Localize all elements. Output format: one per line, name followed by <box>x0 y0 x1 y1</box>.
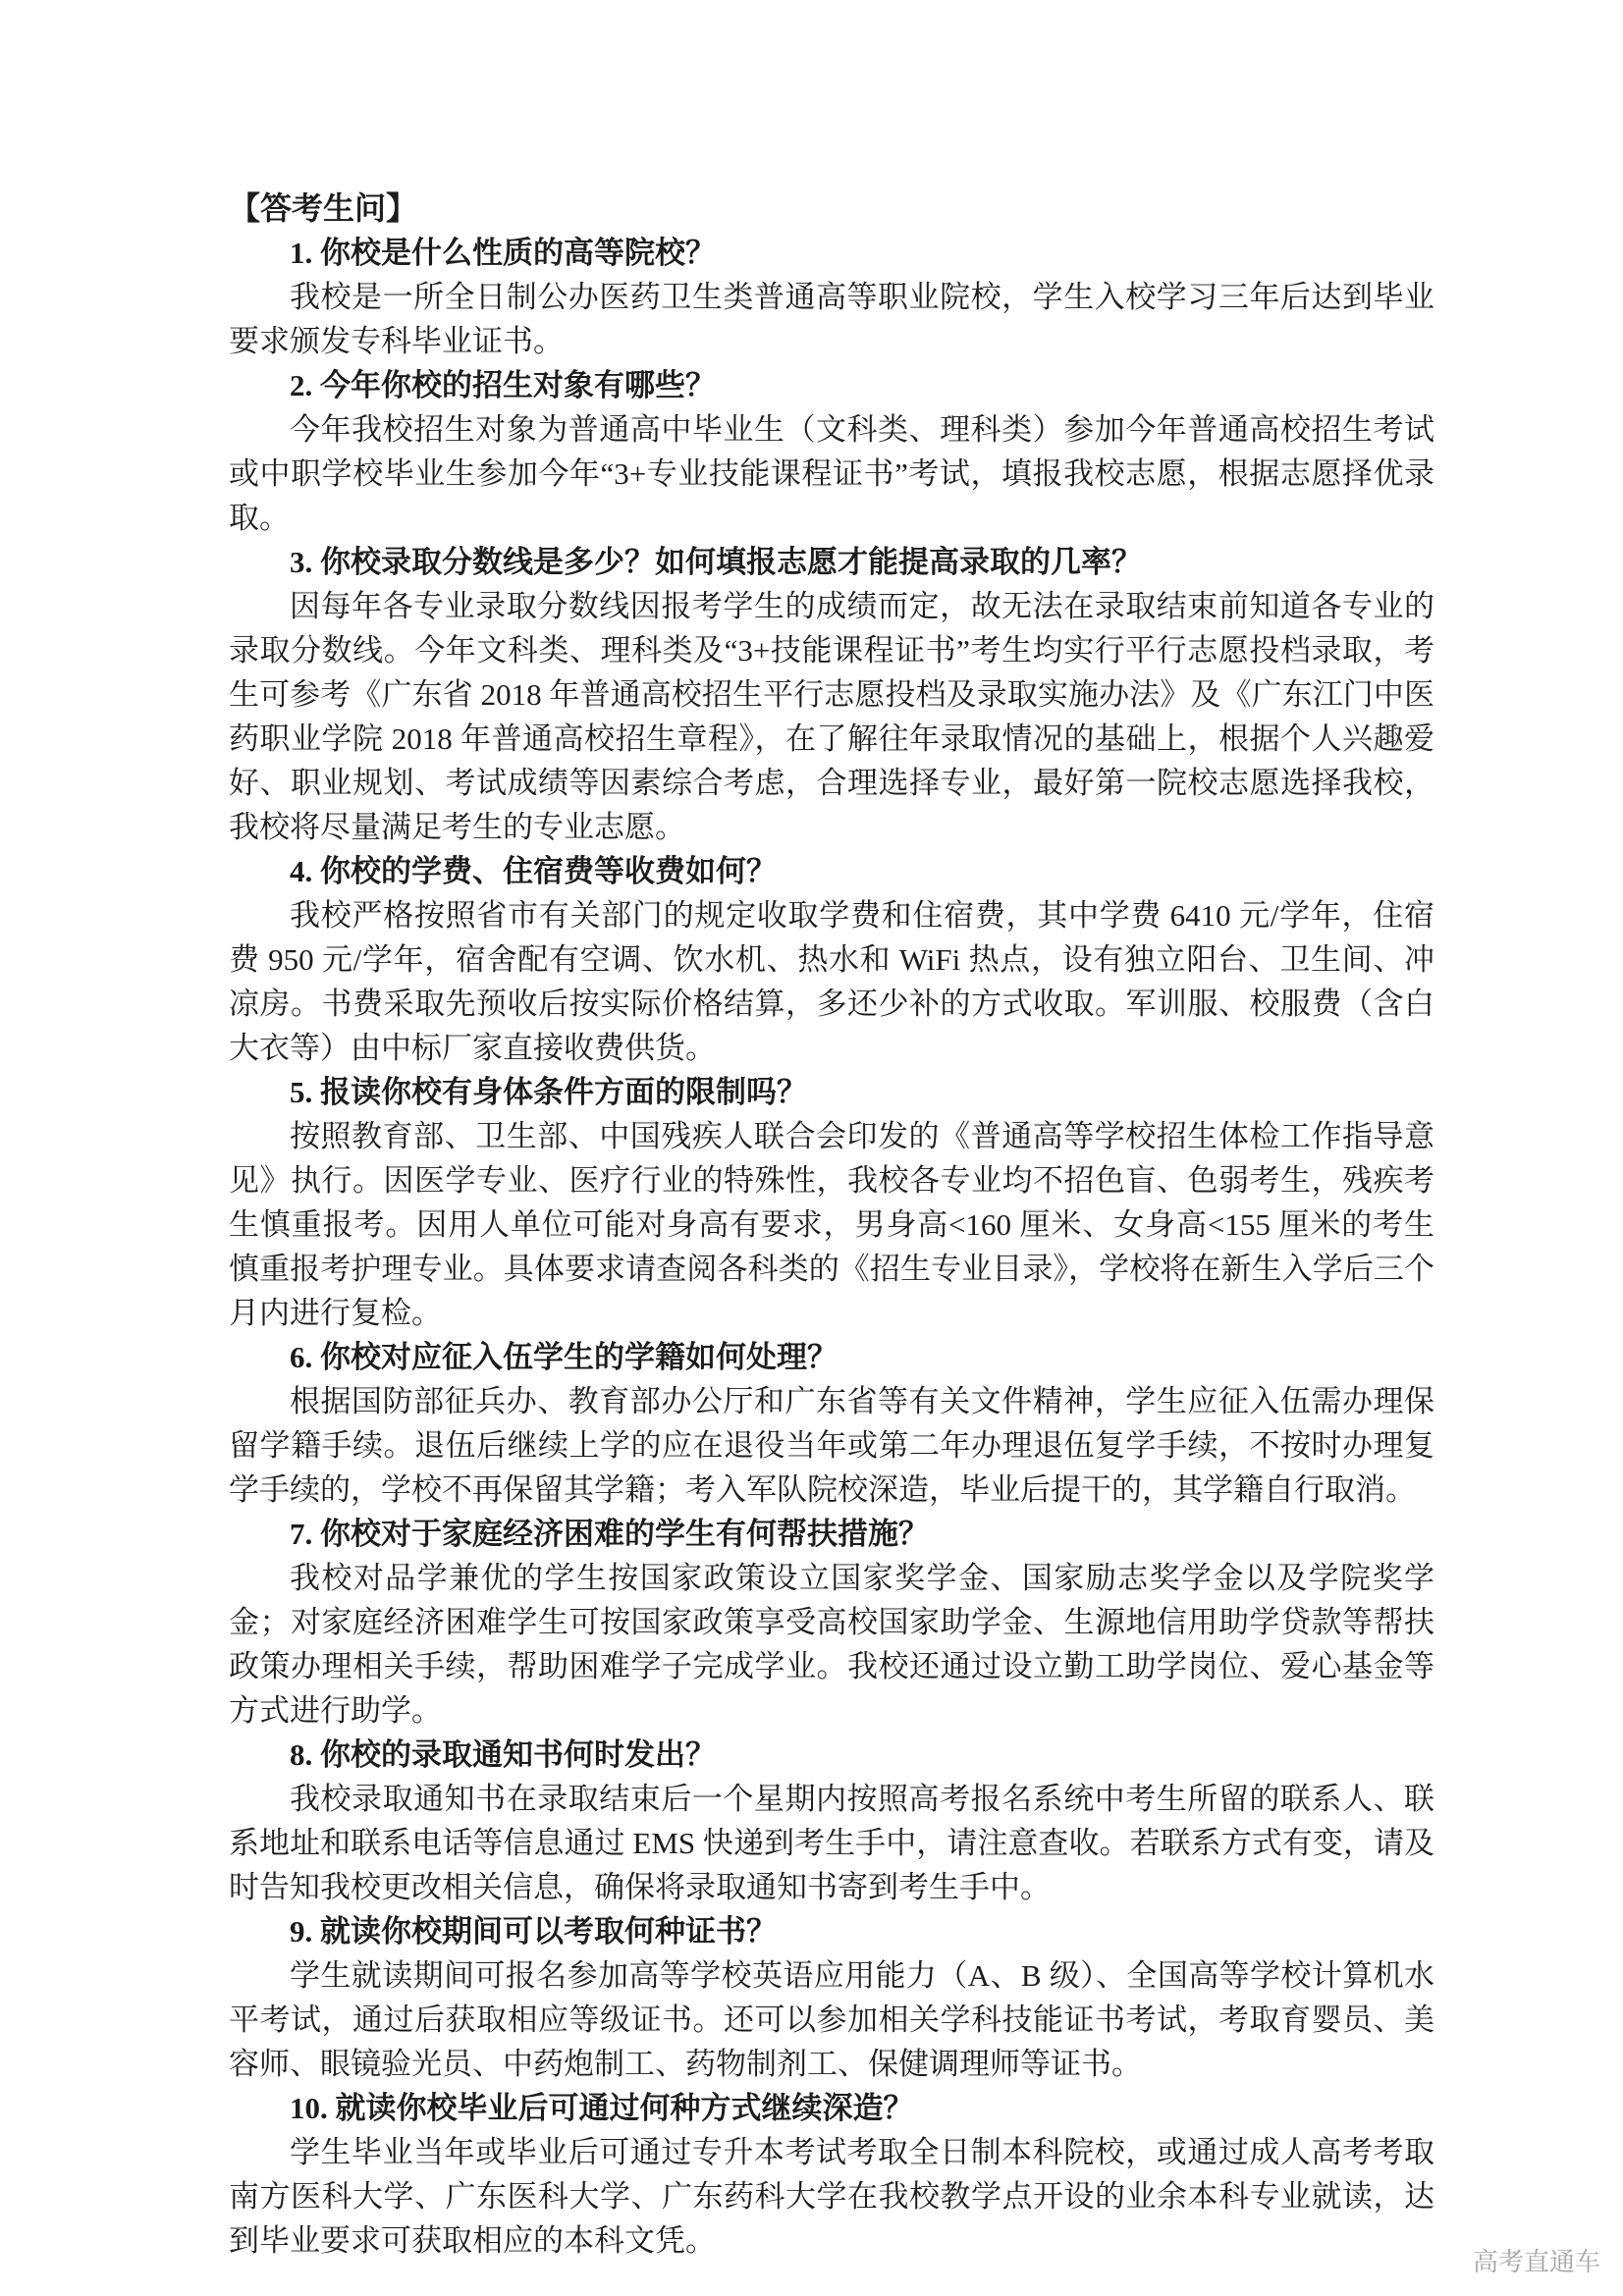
question-text: 3. 你校录取分数线是多少？如何填报志愿才能提高录取的几率？ <box>229 540 1434 584</box>
answer-text: 我校录取通知书在录取结束后一个星期内按照高考报名系统中考生所留的联系人、联系地址… <box>229 1777 1434 1909</box>
question-text: 9. 就读你校期间可以考取何种证书？ <box>229 1909 1434 1953</box>
answer-text: 今年我校招生对象为普通高中毕业生（文科类、理科类）参加今年普通高校招生考试或中职… <box>229 407 1434 540</box>
answer-text: 因每年各专业录取分数线因报考学生的成绩而定，故无法在录取结束前知道各专业的录取分… <box>229 584 1434 849</box>
question-text: 10. 就读你校毕业后可通过何种方式继续深造？ <box>229 2086 1434 2130</box>
answer-text: 我校严格按照省市有关部门的规定收取学费和住宿费，其中学费 6410 元/学年，住… <box>229 893 1434 1070</box>
question-text: 2. 今年你校的招生对象有哪些？ <box>229 363 1434 407</box>
qa-item-6: 6. 你校对应征入伍学生的学籍如何处理？ 根据国防部征兵办、教育部办公厅和广东省… <box>229 1335 1434 1512</box>
document-page: { "title": "【答考生问】", "qa": [ { "question… <box>0 0 1623 2296</box>
page-title: 【答考生问】 <box>229 187 1434 231</box>
qa-item-4: 4. 你校的学费、住宿费等收费如何？ 我校严格按照省市有关部门的规定收取学费和住… <box>229 849 1434 1070</box>
question-text: 5. 报读你校有身体条件方面的限制吗？ <box>229 1070 1434 1114</box>
answer-text: 学生毕业当年或毕业后可通过专升本考试考取全日制本科院校，或通过成人高考考取南方医… <box>229 2130 1434 2263</box>
faq-document: 【答考生问】 1. 你校是什么性质的高等院校？ 我校是一所全日制公办医药卫生类普… <box>229 187 1434 2263</box>
qa-item-8: 8. 你校的录取通知书何时发出？ 我校录取通知书在录取结束后一个星期内按照高考报… <box>229 1733 1434 1909</box>
question-text: 8. 你校的录取通知书何时发出？ <box>229 1733 1434 1777</box>
qa-item-5: 5. 报读你校有身体条件方面的限制吗？ 按照教育部、卫生部、中国残疾人联合会印发… <box>229 1070 1434 1335</box>
qa-item-3: 3. 你校录取分数线是多少？如何填报志愿才能提高录取的几率？ 因每年各专业录取分… <box>229 540 1434 849</box>
qa-item-1: 1. 你校是什么性质的高等院校？ 我校是一所全日制公办医药卫生类普通高等职业院校… <box>229 231 1434 363</box>
answer-text: 我校对品学兼优的学生按国家政策设立国家奖学金、国家励志奖学金以及学院奖学金；对家… <box>229 1556 1434 1733</box>
watermark-text: 高考直通车 <box>1473 2249 1600 2274</box>
qa-item-9: 9. 就读你校期间可以考取何种证书？ 学生就读期间可报名参加高等学校英语应用能力… <box>229 1909 1434 2086</box>
answer-text: 学生就读期间可报名参加高等学校英语应用能力（A、B 级）、全国高等学校计算机水平… <box>229 1953 1434 2086</box>
qa-item-10: 10. 就读你校毕业后可通过何种方式继续深造？ 学生毕业当年或毕业后可通过专升本… <box>229 2086 1434 2263</box>
question-text: 1. 你校是什么性质的高等院校？ <box>229 231 1434 275</box>
question-text: 4. 你校的学费、住宿费等收费如何？ <box>229 849 1434 893</box>
question-text: 6. 你校对应征入伍学生的学籍如何处理？ <box>229 1335 1434 1379</box>
question-text: 7. 你校对于家庭经济困难的学生有何帮扶措施？ <box>229 1512 1434 1556</box>
qa-item-2: 2. 今年你校的招生对象有哪些？ 今年我校招生对象为普通高中毕业生（文科类、理科… <box>229 363 1434 540</box>
answer-text: 按照教育部、卫生部、中国残疾人联合会印发的《普通高等学校招生体检工作指导意见》执… <box>229 1114 1434 1335</box>
answer-text: 根据国防部征兵办、教育部办公厅和广东省等有关文件精神，学生应征入伍需办理保留学籍… <box>229 1379 1434 1512</box>
qa-item-7: 7. 你校对于家庭经济困难的学生有何帮扶措施？ 我校对品学兼优的学生按国家政策设… <box>229 1512 1434 1733</box>
answer-text: 我校是一所全日制公办医药卫生类普通高等职业院校，学生入校学习三年后达到毕业要求颁… <box>229 275 1434 363</box>
